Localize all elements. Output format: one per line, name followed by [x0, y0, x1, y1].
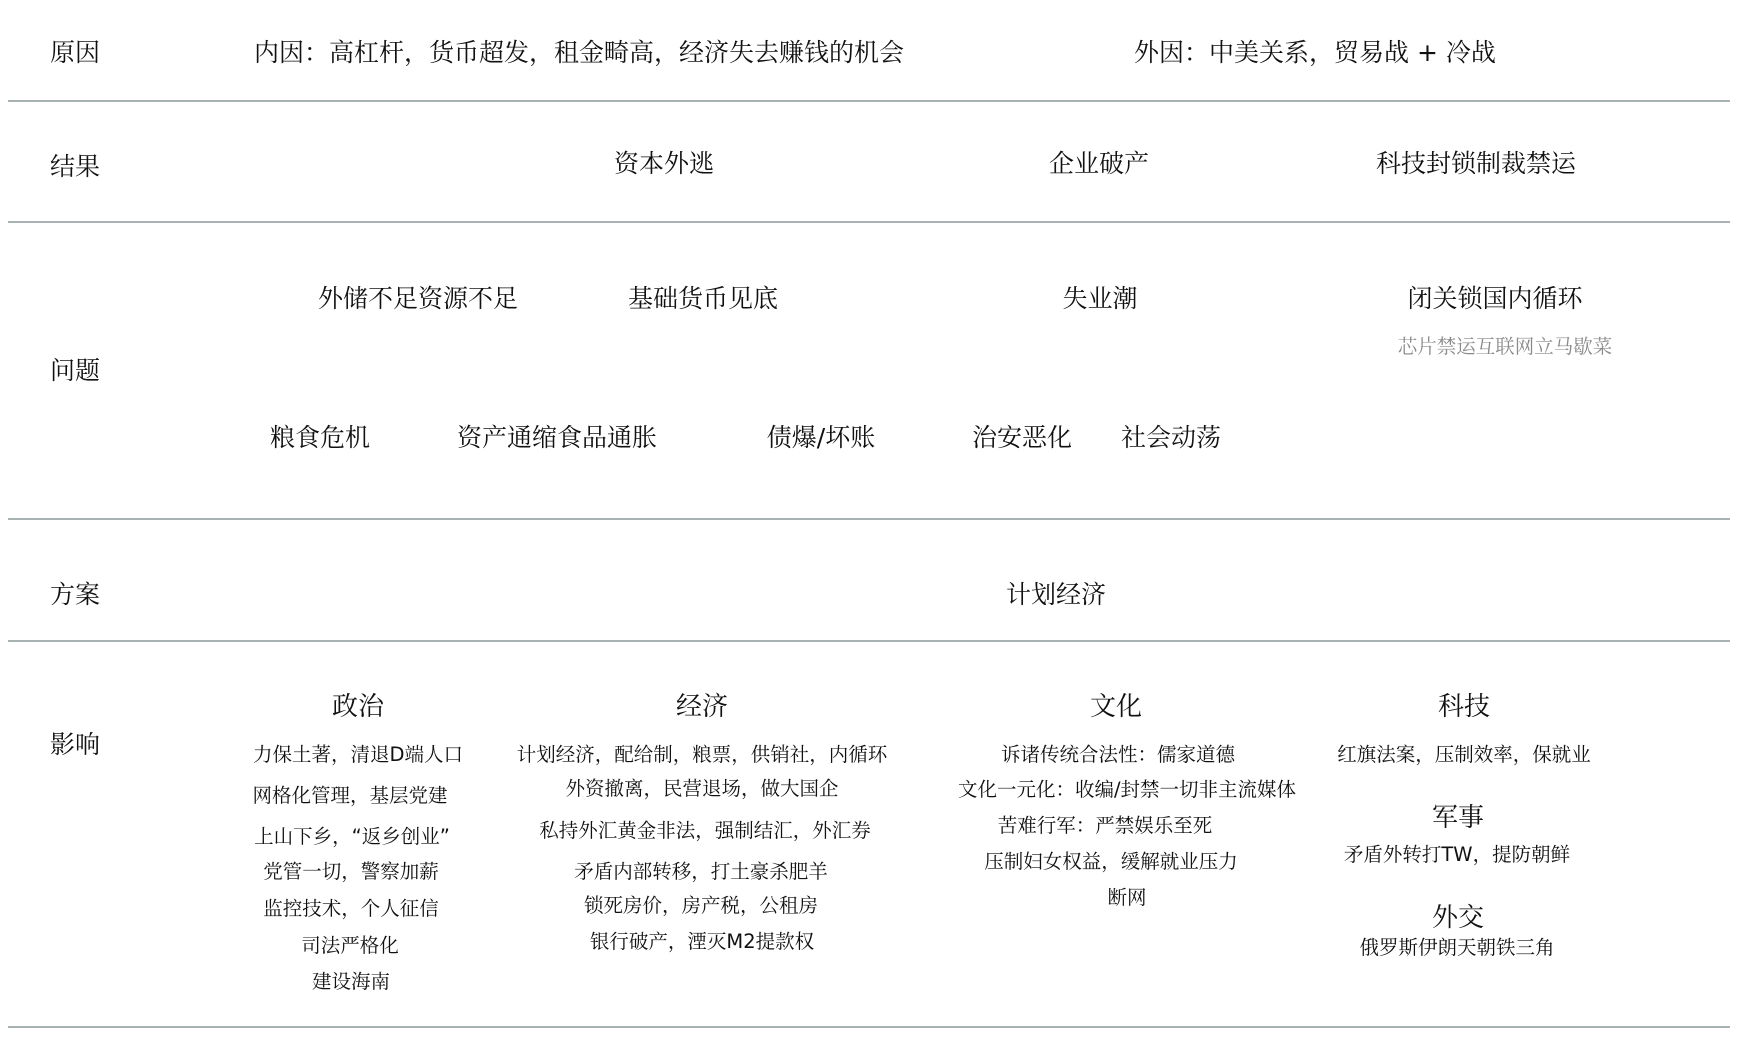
result-bankruptcy: 企业破产 [1049, 144, 1149, 180]
divider [8, 640, 1730, 642]
impact-economy-item: 银行破产，湮灭M2提款权 [590, 926, 814, 954]
impact-politics-item: 力保土著，清退D端人口 [253, 739, 463, 767]
row-label-plan: 方案 [50, 575, 100, 611]
plan-value: 计划经济 [1006, 575, 1106, 611]
impact-diplomacy-title: 外交 [1432, 897, 1484, 934]
impact-politics-item: 司法严格化 [301, 930, 399, 958]
problem-note: 芯片禁运互联网立马歇菜 [1398, 331, 1613, 359]
problem-unemployment: 失业潮 [1062, 279, 1137, 315]
problem-reserves: 外储不足资源不足 [318, 279, 518, 315]
impact-tech-title: 科技 [1438, 686, 1490, 723]
external-causes: 外因：中美关系，贸易战 + 冷战 [1134, 33, 1496, 69]
impact-diplomacy-item: 俄罗斯伊朗天朝铁三角 [1359, 932, 1554, 960]
result-sanctions: 科技封锁制裁禁运 [1376, 144, 1576, 180]
impact-economy-item: 矛盾内部转移，打土豪杀肥羊 [574, 856, 828, 884]
impact-politics-item: 党管一切，警察加薪 [263, 856, 439, 884]
impact-economy-item: 锁死房价，房产税，公租房 [584, 890, 818, 918]
problem-closed-door: 闭关锁国内循环 [1407, 279, 1582, 315]
impact-politics-item: 监控技术，个人征信 [263, 893, 439, 921]
impact-military-item: 矛盾外转打TW，提防朝鲜 [1344, 839, 1570, 867]
impact-economy-title: 经济 [676, 686, 728, 723]
impact-culture-item: 断网 [1107, 882, 1146, 910]
impact-economy-item: 私持外汇黄金非法，强制结汇，外汇券 [539, 815, 871, 843]
divider [8, 100, 1730, 102]
row-label-results: 结果 [50, 147, 100, 183]
impact-economy-item: 计划经济，配给制，粮票，供销社，内循环 [517, 739, 888, 767]
problem-bad-debt: 债爆/坏账 [767, 418, 875, 454]
impact-politics-item: 上山下乡，“返乡创业” [254, 821, 450, 849]
row-label-impact: 影响 [50, 725, 100, 761]
impact-tech-item: 红旗法案，压制效率，保就业 [1337, 739, 1591, 767]
divider [8, 1026, 1730, 1028]
internal-causes: 内因：高杠杆，货币超发，租金畸高，经济失去赚钱的机会 [254, 33, 904, 69]
divider [8, 518, 1730, 520]
row-label-causes: 原因 [50, 33, 100, 69]
problem-deflation-inflation: 资产通缩食品通胀 [457, 418, 657, 454]
impact-culture-item: 压制妇女权益，缓解就业压力 [984, 846, 1238, 874]
result-capital-flight: 资本外逃 [614, 144, 714, 180]
impact-culture-item: 诉诸传统合法性：儒家道德 [1001, 739, 1235, 767]
problem-public-order: 治安恶化 [972, 418, 1072, 454]
impact-politics-item: 网格化管理，基层党建 [252, 780, 447, 808]
problem-food-crisis: 粮食危机 [270, 418, 370, 454]
impact-politics-title: 政治 [332, 686, 384, 723]
impact-politics-item: 建设海南 [312, 966, 390, 994]
impact-culture-title: 文化 [1090, 686, 1142, 723]
impact-economy-item: 外资撤离，民营退场，做大国企 [565, 773, 838, 801]
divider [8, 221, 1730, 223]
impact-military-title: 军事 [1432, 797, 1484, 834]
row-label-problems: 问题 [50, 351, 100, 387]
impact-culture-item: 苦难行军：严禁娱乐至死 [998, 810, 1213, 838]
problem-base-money: 基础货币见底 [628, 279, 778, 315]
problem-social-unrest: 社会动荡 [1121, 418, 1221, 454]
impact-culture-item: 文化一元化：收编/封禁一切非主流媒体 [958, 774, 1296, 802]
